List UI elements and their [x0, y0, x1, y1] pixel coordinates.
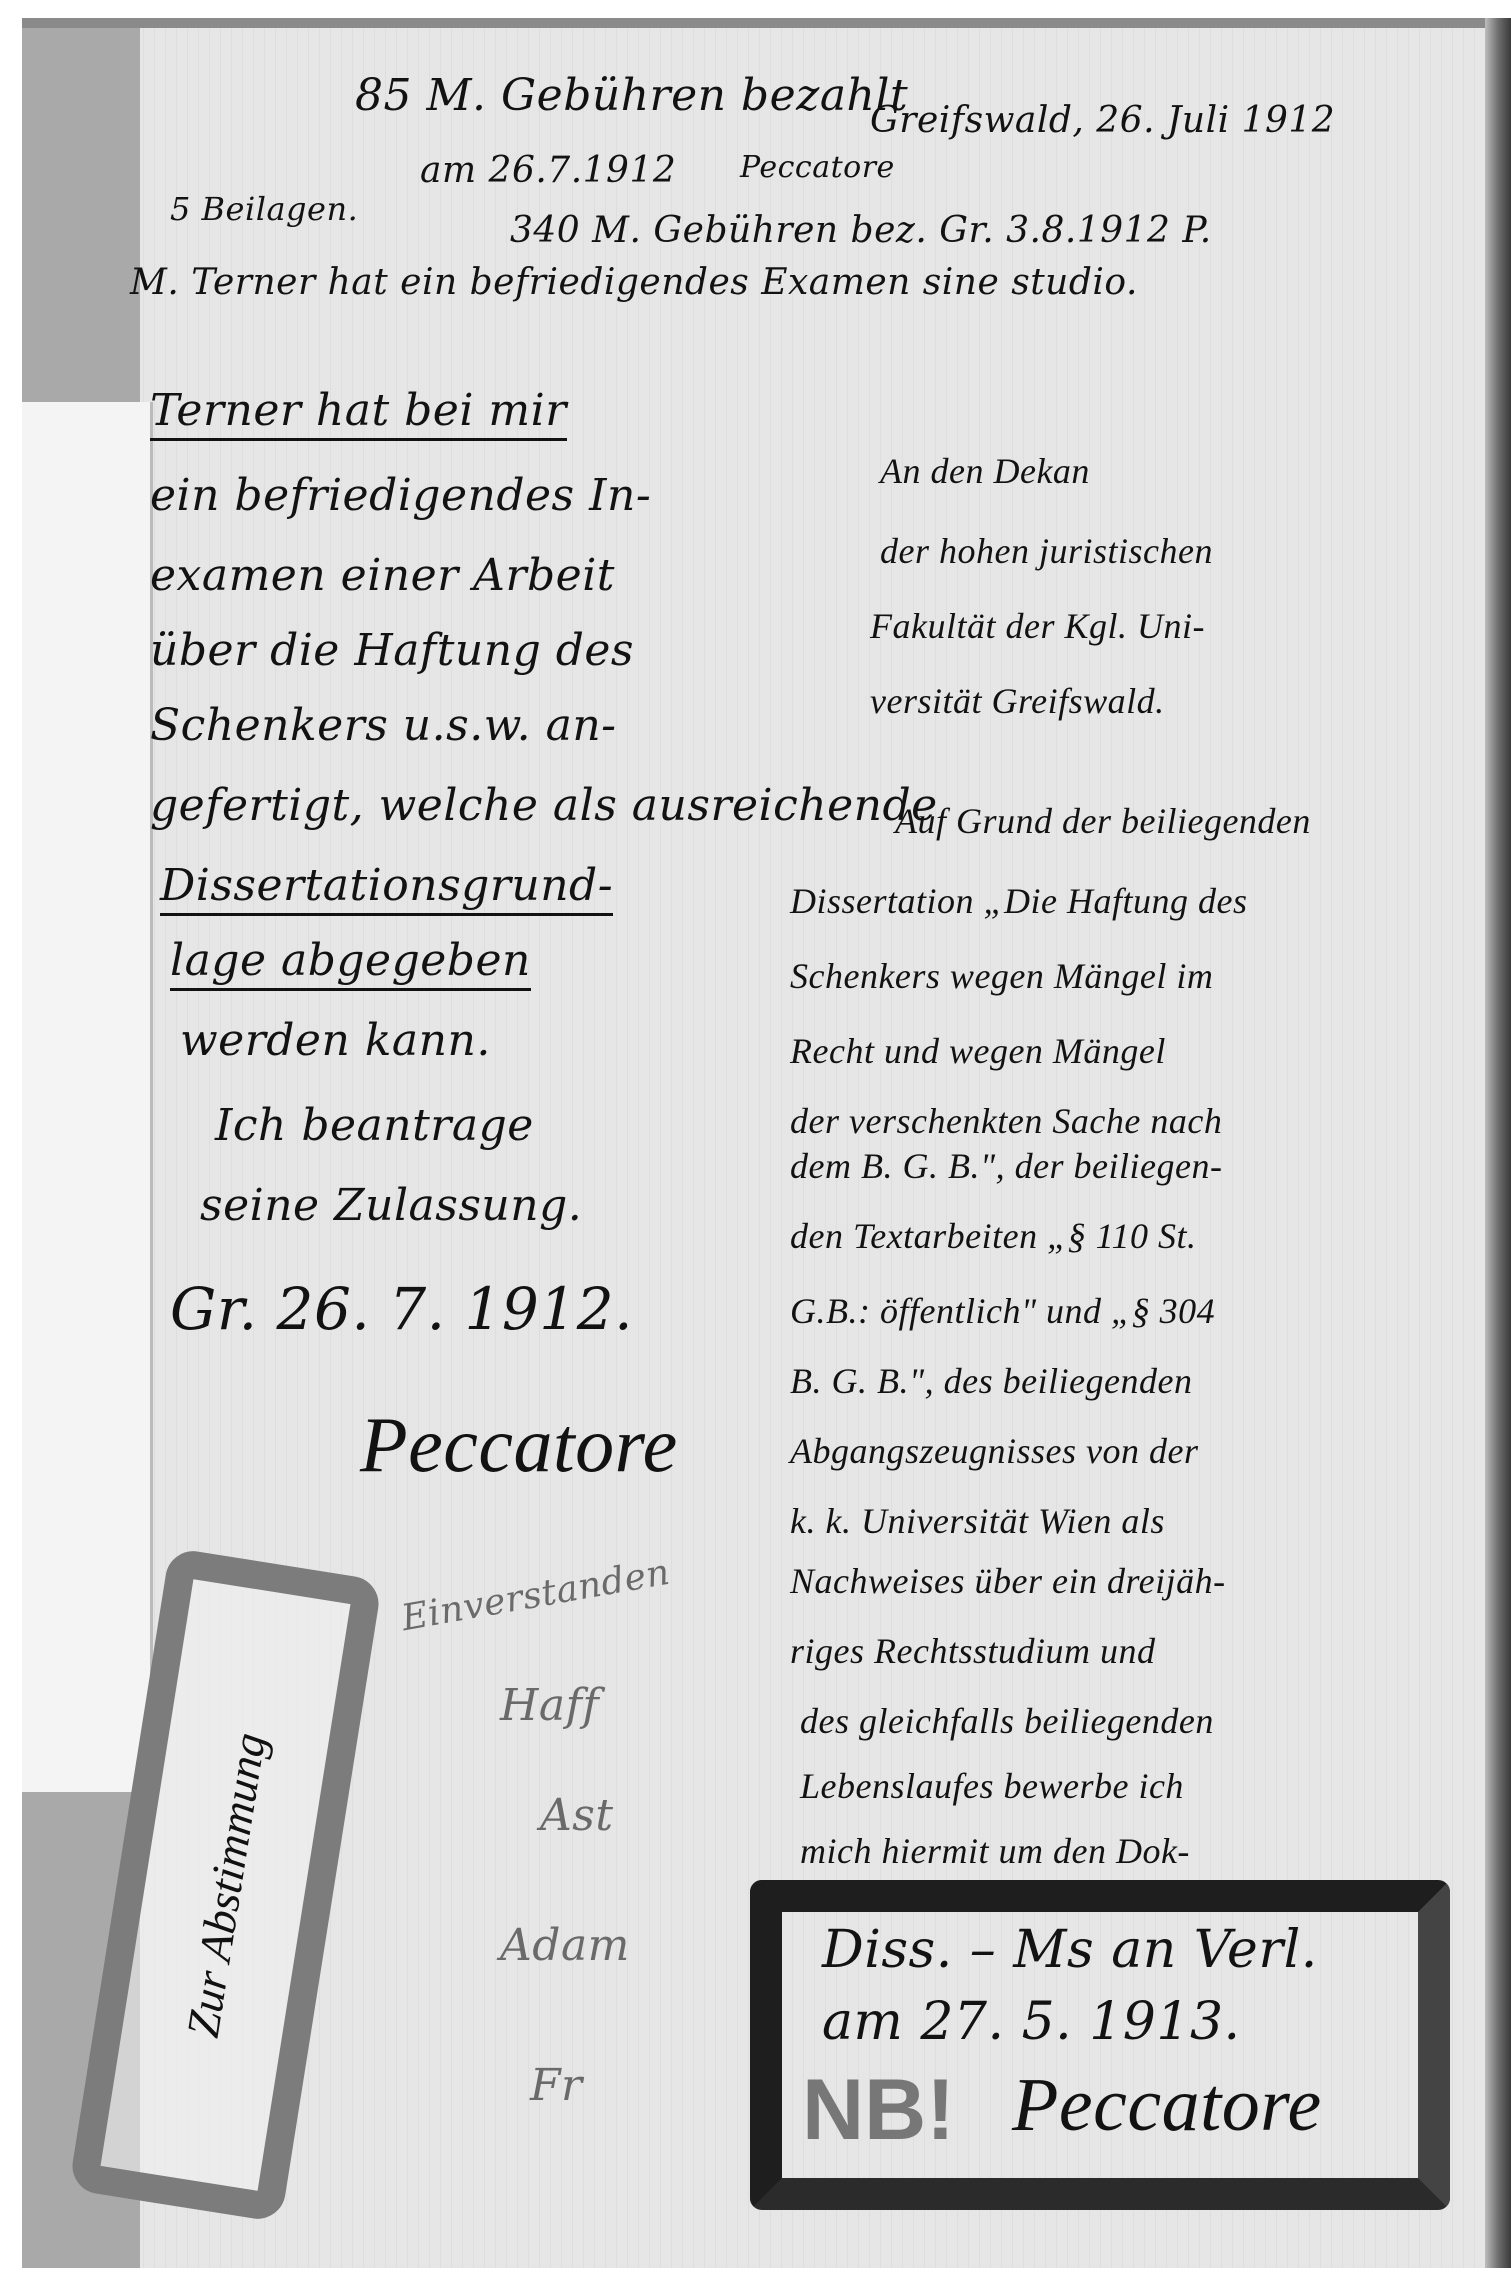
left-date: Gr. 26. 7. 1912. [170, 1275, 633, 1343]
left-line: Terner hat bei mir [150, 385, 567, 441]
body-line: G.B.: öffentlich" und „§ 304 [790, 1290, 1215, 1332]
pencil-signature: Haff [500, 1680, 599, 1731]
left-line: examen einer Arbeit [150, 550, 615, 601]
body-line: Recht und wegen Mängel [790, 1030, 1166, 1072]
body-line: riges Rechtsstudium und [790, 1630, 1155, 1672]
body-line: mich hiermit um den Dok- [800, 1830, 1190, 1872]
body-line: Lebenslaufes bewerbe ich [800, 1765, 1184, 1807]
addressee-line: versität Greifswald. [870, 680, 1165, 722]
box-signature: Peccatore [1012, 2062, 1322, 2149]
left-line: Dissertationsgrund- [160, 860, 613, 916]
body-line: Auf Grund der beiliegenden [895, 800, 1311, 842]
body-line: Dissertation „Die Haftung des [790, 880, 1248, 922]
page-edge-shadow [1485, 18, 1511, 2268]
paper-sticker [22, 402, 153, 1792]
pencil-signature: Fr [530, 2060, 583, 2111]
body-line: Nachweises über ein dreijäh- [790, 1560, 1226, 1602]
left-line: Schenkers u.s.w. an- [150, 700, 617, 751]
nb-mark: NB! [802, 2061, 955, 2160]
left-line: lage abgegeben [170, 935, 531, 991]
left-signature: Peccatore [360, 1400, 678, 1490]
body-line: dem B. G. B.", der beiliegen- [790, 1145, 1223, 1187]
fee-paid-date: am 26.7.1912 [420, 150, 676, 191]
body-line: der verschenkten Sache nach [790, 1100, 1222, 1142]
place-date: Greifswald, 26. Juli 1912 [870, 100, 1335, 141]
body-line: B. G. B.", des beiliegenden [790, 1360, 1193, 1402]
fee-second-signature: Peccatore [740, 150, 895, 185]
vote-stamp-label: Zur Abstimmung [175, 1729, 275, 2041]
box-line: am 27. 5. 1913. [822, 1992, 1241, 2052]
fee-second-note: 340 M. Gebühren bez. Gr. 3.8.1912 P. [510, 210, 1212, 251]
submission-box: Diss. – Ms an Verl. am 27. 5. 1913. Pecc… [750, 1880, 1450, 2210]
pencil-signature: Adam [500, 1920, 630, 1971]
body-line: k. k. Universität Wien als [790, 1500, 1165, 1542]
body-line: Abgangszeugnisses von der [790, 1430, 1198, 1472]
left-line: gefertigt, welche als ausreichende [150, 780, 938, 831]
enclosures-count: 5 Beilagen. [170, 190, 358, 228]
body-line: den Textarbeiten „§ 110 St. [790, 1215, 1196, 1257]
fee-paid-note: 85 M. Gebühren bezahlt [355, 70, 908, 121]
body-line: des gleichfalls beiliegenden [800, 1700, 1214, 1742]
addressee-line: der hohen juristischen [880, 530, 1213, 572]
box-line: Diss. – Ms an Verl. [822, 1920, 1318, 1980]
examiner-note: M. Terner hat ein befriedigendes Examen … [130, 262, 1138, 303]
pencil-signature: Ast [540, 1790, 614, 1841]
left-line: über die Haftung des [150, 625, 634, 676]
left-line: seine Zulassung. [200, 1180, 582, 1231]
left-line: ein befriedigendes In- [150, 470, 651, 521]
left-line: werden kann. [180, 1015, 491, 1066]
addressee-line: Fakultät der Kgl. Uni- [870, 605, 1205, 647]
addressee-line: An den Dekan [880, 450, 1090, 492]
body-line: Schenkers wegen Mängel im [790, 955, 1213, 997]
left-line: Ich beantrage [215, 1100, 534, 1151]
